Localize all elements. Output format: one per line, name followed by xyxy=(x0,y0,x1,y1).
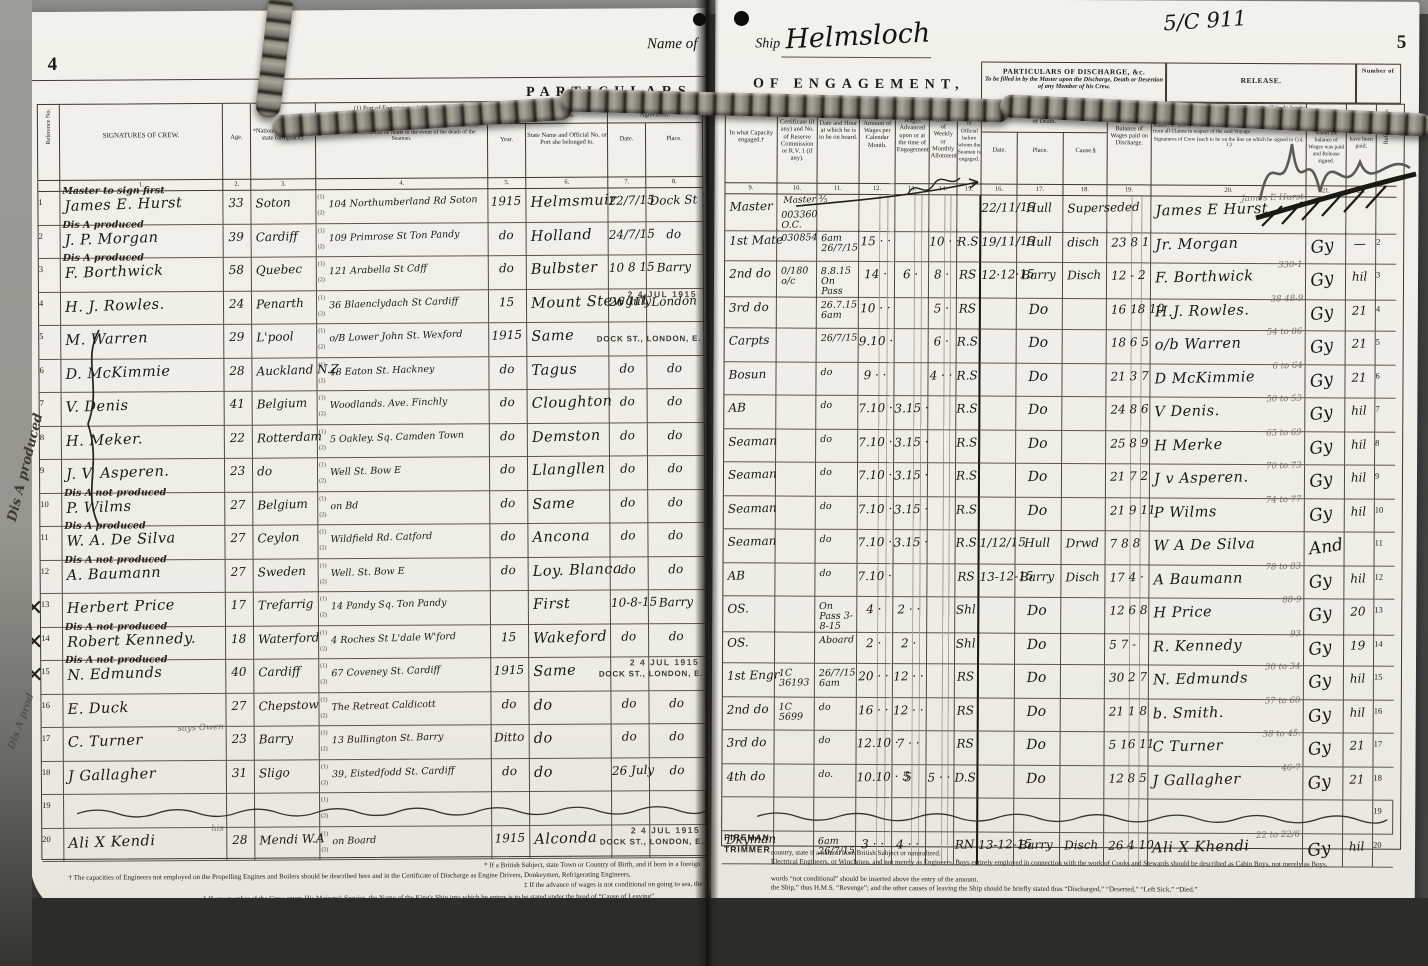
dplace-value: Do xyxy=(1016,463,1061,485)
number-of-box: Number of xyxy=(1355,64,1401,104)
date-value: do xyxy=(611,690,649,710)
cell-ref: 9 xyxy=(40,460,62,494)
cell-nat: Quebec xyxy=(252,257,317,291)
cause-value xyxy=(1062,397,1105,403)
cell-ref: 11 xyxy=(40,527,62,561)
cell-dplace: Do xyxy=(1015,631,1061,665)
crew-row: 15✕Dis A not producedN. Edmunds40Cardiff… xyxy=(41,657,705,695)
ship-value: First xyxy=(529,589,611,613)
cell-dh: do xyxy=(816,530,858,564)
nat-value: Trefarrig xyxy=(254,591,319,612)
cell-adv: 3.15 · xyxy=(894,530,928,564)
cell-ref: 4 xyxy=(1376,298,1396,332)
cell-allot xyxy=(928,530,956,564)
off-value: Shl xyxy=(955,597,978,617)
cell-nat: Ceylon xyxy=(253,525,318,559)
cell-allot xyxy=(928,463,956,497)
cell-ins: hil xyxy=(1345,465,1375,499)
cell-off: R.S xyxy=(956,396,980,430)
capacity-value: 3rd do xyxy=(722,730,773,750)
cell-off2: Gy xyxy=(1303,767,1343,801)
cell-ins: hil xyxy=(1344,700,1374,734)
cell-ref: 15 xyxy=(1374,667,1394,701)
certificate-value xyxy=(775,563,814,569)
cell-ship: do xyxy=(530,758,612,792)
release-pencil-note: 65 to 69 xyxy=(1267,427,1303,438)
cell-ref: 3 xyxy=(1376,265,1396,301)
bal-value: 12 8 5 xyxy=(1104,765,1147,785)
certificate-value: 0/180 o/c xyxy=(777,261,817,287)
cause-value xyxy=(1062,464,1105,470)
cell-wage: 7.10 · xyxy=(858,496,894,530)
dplace-value: Hull xyxy=(1015,530,1060,550)
cell-adv: 2 · xyxy=(893,631,927,665)
cell-nat: Chepstow xyxy=(254,693,319,727)
ins-value xyxy=(1343,800,1372,806)
dplace-value: Do xyxy=(1015,664,1060,686)
cell-date: 10 8 15 xyxy=(609,255,647,289)
allot-value: 5 · · xyxy=(926,765,953,785)
cell-age: 33 xyxy=(223,191,251,225)
dplace-value: Do xyxy=(1014,765,1059,787)
cell-dplace: Do xyxy=(1015,598,1061,634)
binding-gutter xyxy=(695,0,719,966)
nat-value: Soton xyxy=(251,189,316,210)
nat-value: Sligo xyxy=(255,759,320,780)
capacity-value: AB xyxy=(723,562,774,582)
cell-ship: Wakeford xyxy=(529,624,611,658)
cell-nat: Barry xyxy=(255,726,320,760)
address-mark-2: (2) xyxy=(317,210,324,216)
ship-value: Ancona xyxy=(528,522,610,546)
year-value: Ditto xyxy=(491,725,529,745)
adv-value: 2 · xyxy=(893,630,926,650)
cell-ddate xyxy=(976,732,1014,766)
cell-ref: 13✕ xyxy=(41,594,63,628)
cell-date: do xyxy=(610,490,648,524)
release-pencil-note: 30 to 34 xyxy=(1265,662,1301,673)
cell-off2: Gy xyxy=(1304,700,1344,734)
address-mark-2: (2) xyxy=(321,780,328,786)
date-value: do xyxy=(610,556,648,576)
cell-age: 27 xyxy=(226,693,254,727)
off2-value: Gy xyxy=(1304,329,1346,359)
cell-ref: 7 xyxy=(1375,399,1395,433)
cell-cause: Disch xyxy=(1061,564,1105,598)
cell-off: D.S xyxy=(954,765,978,799)
address-value: The Retreat Caldicott xyxy=(319,689,491,713)
year-value: do xyxy=(490,457,528,477)
capacity-value: 1st Engr xyxy=(723,663,774,683)
age-value: 28 xyxy=(227,827,255,847)
col-header-age: Age. xyxy=(223,104,251,180)
off2-value: Gy xyxy=(1303,463,1345,493)
cell-year: do xyxy=(490,491,528,525)
cell-ddate: 12·12·15 xyxy=(979,263,1017,299)
onboard-value: 26.7.15 6am xyxy=(817,295,859,321)
cell-addr: (1)(2)Wildfield Rd. Catford xyxy=(318,524,490,559)
cell-age: 27 xyxy=(226,559,254,593)
cell-ref: 20 xyxy=(42,828,64,862)
cell-ddate xyxy=(978,397,1016,431)
cell-ref: 13 xyxy=(1374,600,1394,636)
reference-number: 5 xyxy=(1376,333,1380,347)
date-value: do xyxy=(611,623,649,643)
cell-dh: Aboard xyxy=(815,630,857,664)
col-header-date: Date. xyxy=(608,123,646,176)
ship-value: Helmsmuir xyxy=(526,187,608,211)
allot-value: 4 · · xyxy=(928,363,955,383)
cause-value xyxy=(1060,765,1103,771)
wage-value: 7.10 · xyxy=(857,530,892,550)
cell-age: 17 xyxy=(226,593,254,627)
address-value: Woodlands. Ave. Finchly xyxy=(317,388,489,412)
column-number: 19. xyxy=(1107,185,1151,196)
cell-rel: 50 to 53V Denis. xyxy=(1150,397,1305,431)
cause-value xyxy=(1061,598,1104,604)
release-signature xyxy=(1148,798,1302,806)
age-value: 33 xyxy=(223,190,251,210)
ddate-value xyxy=(980,430,1015,436)
cell-age: 29 xyxy=(224,325,252,359)
cell-ship: Cloughton xyxy=(528,390,610,424)
age-value: 27 xyxy=(225,559,253,579)
cause-value xyxy=(1063,330,1106,336)
cell-wage: 12.10 · xyxy=(856,731,892,765)
year-value: do xyxy=(490,490,528,510)
address-mark-2: (2) xyxy=(320,646,327,652)
cell-addr: (1)(2)109 Primrose St Ton Pandy xyxy=(317,223,489,258)
address-value: 109 Primrose St Ton Pandy xyxy=(316,220,488,244)
crew-row: 3Dis A producedF. Borthwick58Quebec(1)(2… xyxy=(39,255,703,293)
cell-cap: FIREMANTRIMMERDkyman xyxy=(722,831,774,865)
address-mark-2: (2) xyxy=(318,311,325,317)
crew-row: Seamando7.10 ·3.15 ·R.SDo21 9 1174 to 77… xyxy=(724,496,1402,533)
cause-value xyxy=(1061,698,1104,704)
year-value: 1915 xyxy=(488,189,526,209)
cell-year: 1915 xyxy=(489,323,527,357)
adv-value: 2 · · xyxy=(893,597,926,617)
cell-nat: Mendi W.A xyxy=(255,827,320,861)
cell-ins: hil xyxy=(1344,666,1374,700)
release-pencil-note: 54 to 86 xyxy=(1267,327,1303,338)
cell-cert: 1C 5699 xyxy=(775,697,815,731)
cell-rel: 38 to 45.C Turner xyxy=(1148,732,1303,766)
top-rule xyxy=(26,76,706,81)
ship-value: Holland xyxy=(526,221,608,245)
wage-value: 7.10 · xyxy=(858,496,893,516)
ship-value: Tagus xyxy=(527,355,609,379)
off2-value: Gy xyxy=(1304,429,1346,459)
release-signature: H Price xyxy=(1149,597,1303,621)
cause-value: Drwd xyxy=(1061,531,1104,551)
cell-allot xyxy=(928,430,956,464)
nat-value: Auckland N.Z xyxy=(252,357,317,378)
ddate-value: 19/11/15 xyxy=(981,229,1016,249)
off-value: RS xyxy=(957,262,980,282)
nat-value: Belgium xyxy=(252,390,317,411)
cell-ddate xyxy=(977,698,1015,732)
off-value: R.S xyxy=(956,497,979,517)
ddate-value xyxy=(980,463,1015,469)
onboard-value: do xyxy=(816,496,857,512)
address-mark-2: (2) xyxy=(319,512,326,518)
cell-addr: (1)(2)on Board xyxy=(320,826,492,861)
cell-wage: 7.10 · xyxy=(858,429,894,463)
wage-value: 16 · · xyxy=(857,697,892,717)
date-value: 22/7/15 xyxy=(608,188,646,208)
bal-value: 25 8 9 xyxy=(1106,430,1149,450)
wage-value: 15 · · xyxy=(859,228,894,248)
release-pencil-note: 38 to 45. xyxy=(1262,729,1301,740)
cell-ddate xyxy=(979,330,1017,364)
cell-cert xyxy=(774,764,814,798)
allot-value xyxy=(927,698,954,704)
cell-dh: do xyxy=(816,429,858,463)
reference-number: 13 xyxy=(1374,601,1383,615)
cell-dplace: Hull xyxy=(1016,531,1062,565)
wage-value: 14 · xyxy=(859,262,894,282)
dplace-value: Do xyxy=(1017,296,1062,318)
cell-off2: Gy xyxy=(1306,331,1346,365)
onboard-value: On Pass 3-8-15 xyxy=(815,596,857,632)
address-value: 39, Eistedfodd St. Cardiff xyxy=(320,756,492,780)
cell-cap: Seaman xyxy=(724,429,776,463)
onboard-value xyxy=(814,797,855,803)
certificate-value xyxy=(776,429,815,435)
off-value: R.S xyxy=(955,530,978,550)
cell-off: RS xyxy=(954,731,978,765)
off-value: R.S xyxy=(956,363,979,383)
cell-rel: 46-7J Gallagher xyxy=(1148,766,1303,800)
cell-ref: 14 xyxy=(1374,633,1394,667)
year-value: 15 xyxy=(491,624,529,644)
cell-year: do xyxy=(490,424,528,458)
discharge-note: Master to sign first xyxy=(62,185,164,197)
cell-wage: 7.10 · xyxy=(858,463,894,497)
crew-rows-right: MasterMaster ⅗003360 O.C.22/11/15HullSup… xyxy=(722,194,1403,868)
crew-signature: Ali X Kendi xyxy=(64,825,227,852)
cell-cert xyxy=(776,362,816,396)
address-mark-2: (2) xyxy=(319,445,326,451)
cell-ship: Helmsmuir xyxy=(526,189,608,223)
col-header-signatures: SIGNATURES OF CREW. xyxy=(60,104,223,181)
ins-value: 21 xyxy=(1343,733,1372,753)
cell-off2: Gy xyxy=(1304,566,1344,600)
certificate-value xyxy=(777,328,816,334)
crew-row: 5M. Warren29L'pool(1)(2)o/B Lower John S… xyxy=(39,322,703,360)
cell-addr: (1)(2)13 Bullington St. Barry xyxy=(320,725,492,760)
cell-dh: do xyxy=(816,396,858,430)
cell-bal: 24 8 6 xyxy=(1106,397,1150,431)
cell-off: RS xyxy=(957,296,981,330)
column-number: 17. xyxy=(1017,185,1063,196)
age-value: 18 xyxy=(226,626,254,646)
crew-row: 8H. Meker.22Rotterdam(1)(2)5 Oakley. Sq.… xyxy=(40,422,704,460)
cell-cap: Carpts xyxy=(725,328,777,362)
adv-value: 3.15 · xyxy=(894,463,927,483)
cell-ref: 17 xyxy=(42,728,64,762)
release-pencil-note: 330-1 xyxy=(1278,260,1303,271)
wage-value: 4 · xyxy=(857,597,892,617)
col-header-reference-no: Reference No. xyxy=(38,105,60,181)
ins-value: hil xyxy=(1344,566,1373,586)
cell-ins: hil xyxy=(1345,398,1375,432)
cell-date: do xyxy=(611,557,649,591)
address-value: 4 Roches St L'dale W'ford xyxy=(319,622,491,646)
cell-allot: 8 · xyxy=(929,262,957,298)
cell-adv xyxy=(895,296,929,330)
cell-name: Dis A not producedN. Edmunds xyxy=(63,660,226,694)
cell-ref: 2 xyxy=(39,225,61,259)
allot-value xyxy=(928,463,955,469)
cell-dplace: Do xyxy=(1015,698,1061,732)
cell-off2: Gy xyxy=(1303,733,1343,767)
discharge-note: Dis A produced xyxy=(64,520,145,531)
cell-adv: 12 · · xyxy=(893,664,927,698)
cell-bal: 30 2 7 xyxy=(1105,665,1149,699)
cell-ddate xyxy=(977,631,1015,665)
cell-cause xyxy=(1062,397,1106,431)
cell-dh: do xyxy=(816,362,858,396)
cell-off: RS xyxy=(955,564,979,598)
col-header-year: Year. xyxy=(488,124,526,177)
cell-dplace: Do xyxy=(1016,397,1062,431)
ship-name-handwritten: Helmsloch xyxy=(785,18,931,56)
release-signature: J Gallagher xyxy=(1148,765,1302,789)
ins-value: hil xyxy=(1345,432,1374,452)
cell-ins: 21 xyxy=(1346,298,1376,332)
release-signature: R. Kennedy xyxy=(1149,631,1303,655)
address-mark-2: (2) xyxy=(320,545,327,551)
year-value: do xyxy=(490,423,528,443)
age-value: 23 xyxy=(226,726,254,746)
cell-dplace: Do xyxy=(1016,497,1062,531)
reference-number: 18 xyxy=(1373,768,1382,782)
release-pencil-note: 74 to 77 xyxy=(1266,494,1302,505)
cell-date: 10-8-15 xyxy=(611,590,649,624)
nat-value: Cardiff xyxy=(251,223,316,244)
office-stamp: DOCK ST., LONDON, E. xyxy=(600,836,705,846)
cell-year: do xyxy=(491,692,529,726)
reference-number: 6 xyxy=(1375,366,1379,380)
adv-value: 7 · · xyxy=(892,731,925,751)
cell-dh: 26.7.15 6am xyxy=(817,295,859,329)
cell-addr: (1)(2)Well. St. Bow E xyxy=(319,558,491,593)
capacity-value: 4th do xyxy=(722,763,773,783)
onboard-value: 8.8.15 On Pass xyxy=(817,261,859,297)
cell-ins: 21 xyxy=(1346,331,1376,365)
dplace-value: Barry xyxy=(1017,262,1062,282)
cell-ins: hil xyxy=(1346,264,1376,300)
cell-wage: 15 · · xyxy=(859,228,895,262)
reference-number: 2 xyxy=(39,226,43,240)
release-header-box: RELEASE. xyxy=(1165,63,1357,104)
age-value xyxy=(227,793,254,799)
cell-adv xyxy=(895,329,929,363)
certificate-value xyxy=(777,295,816,301)
cell-cert xyxy=(775,563,815,597)
cell-off2: Gy xyxy=(1305,365,1345,399)
pencil-note: says Owen xyxy=(177,722,223,734)
cell-nat: Sweden xyxy=(254,559,319,593)
certificate-value xyxy=(774,764,813,770)
cell-year: do xyxy=(490,457,528,491)
cell-cert: 0/180 o/c xyxy=(777,261,817,297)
address-mark-2: (2) xyxy=(320,579,327,585)
cell-ship: Mount Stewart xyxy=(527,289,609,323)
allot-value: 8 · xyxy=(929,262,956,282)
cell-dplace: Barry xyxy=(1015,564,1061,598)
reference-number: 15 xyxy=(1374,668,1383,682)
date-value xyxy=(612,791,649,797)
cell-date: do xyxy=(610,423,648,457)
allot-value: 6 · xyxy=(928,329,955,349)
reference-number: 12 xyxy=(41,561,50,575)
cell-ref: 12 xyxy=(41,560,63,594)
release-pencil-note: 93 xyxy=(1290,629,1301,639)
cell-date: do xyxy=(612,724,650,758)
cell-addr: (1)(2)36 Blaenclydach St Cardiff xyxy=(317,290,489,325)
year-value: 1915 xyxy=(492,825,530,845)
cell-age: 39 xyxy=(224,224,252,258)
cause-value xyxy=(1063,363,1106,369)
crew-row: 12Dis A not producedA. Baumann27Sweden(1… xyxy=(41,556,705,594)
cell-ship: Ancona xyxy=(528,524,610,558)
crew-signature: Herbert Price xyxy=(63,591,226,618)
bal-value: 12 - 2 xyxy=(1107,263,1150,283)
crew-signature: E. Duck xyxy=(63,691,226,718)
adv-value: 3.15 · xyxy=(893,530,926,550)
dplace-value: Do xyxy=(1016,497,1061,519)
date-value xyxy=(609,322,646,328)
allot-value xyxy=(928,497,955,503)
wage-value: 10.10 · 5 xyxy=(856,764,891,784)
off-value: D.S xyxy=(954,765,977,785)
capacity-value: Seaman xyxy=(724,428,775,448)
cell-rel: W A De Silva xyxy=(1150,531,1305,565)
bal-value: 21 9 11 xyxy=(1106,497,1149,517)
nat-value xyxy=(255,792,319,799)
page-number-left: 4 xyxy=(47,54,58,76)
office-stamp: DOCK ST., LONDON, E. xyxy=(597,334,702,344)
cell-cause xyxy=(1063,330,1107,364)
wage-value: 7.10 · xyxy=(858,429,893,449)
cell-age: 24 xyxy=(224,291,252,325)
cell-cause: Superseded xyxy=(1063,196,1107,233)
cell-ref: 16 xyxy=(1374,700,1394,734)
crew-row: 4th dodo.10.10 · 555 · ·D.SDo12 8 546-7J… xyxy=(722,764,1400,801)
engagement-table: Reference No. SIGNATURES OF CREW. Age. *… xyxy=(37,100,708,860)
wage-value: 12.10 · xyxy=(856,731,891,751)
address-value: 67 Coveney St. Cardiff xyxy=(319,656,491,680)
age-value: 41 xyxy=(224,391,252,411)
cell-off2: Gy xyxy=(1306,298,1346,332)
address-value: on Bd xyxy=(318,488,490,512)
crew-row: 17says OwenC. Turner23Barry(1)(2)13 Bull… xyxy=(42,724,706,762)
age-value: 23 xyxy=(225,458,253,478)
off2-value: Gy xyxy=(1302,731,1344,761)
cell-year: Ditto xyxy=(492,725,530,759)
cell-off2: Gy xyxy=(1305,398,1345,432)
cell-adv: 3.15 · xyxy=(894,430,928,464)
wage-value: 10 · · xyxy=(859,295,894,315)
cell-off: RS xyxy=(955,664,979,698)
allot-value xyxy=(927,564,954,570)
cell-ref: 10 xyxy=(40,493,62,527)
nat-value: Ceylon xyxy=(253,524,318,545)
certificate-value xyxy=(774,831,813,837)
